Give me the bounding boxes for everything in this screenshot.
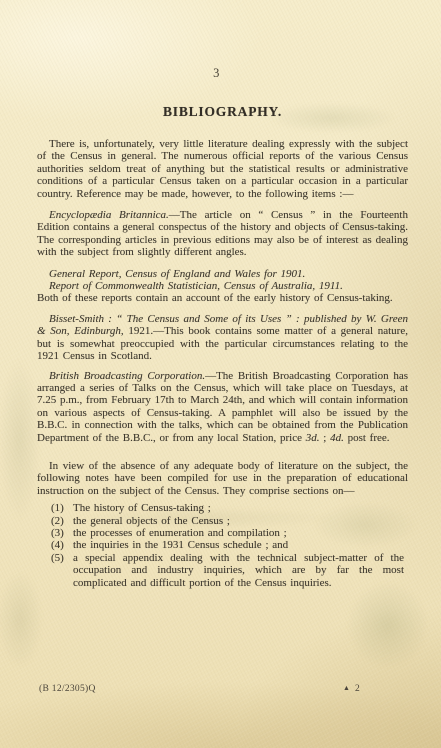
- list-item: (1) The history of Census-taking ;: [51, 502, 408, 514]
- entry-bbc-separator: ;: [320, 432, 331, 444]
- entry-bbc-price-2: 4d.: [330, 432, 344, 444]
- sections-list: (1) The history of Census-taking ; (2) t…: [51, 502, 408, 589]
- list-item-text: the processes of enumeration and compila…: [73, 527, 408, 539]
- entry-official-reports: General Report, Census of England and Wa…: [37, 268, 408, 305]
- page-title: BIBLIOGRAPHY.: [37, 104, 408, 119]
- entry-bisset-smith: Bisset-Smith : “ The Census and Some of …: [37, 313, 408, 363]
- notes-intro-paragraph: In view of the absence of any adequate b…: [37, 460, 408, 497]
- scanned-document-page: 3 BIBLIOGRAPHY. There is, unfortunately,…: [0, 0, 441, 748]
- list-item: (5) a special appendix dealing with the …: [51, 552, 408, 589]
- list-item-text: a special appendix dealing with the tech…: [73, 552, 408, 589]
- page-number: 3: [0, 66, 433, 81]
- entry-britannica: Encyclopædia Britannica.—The article on …: [37, 209, 408, 259]
- entry-bbc: British Broadcasting Corporation.—The Br…: [37, 370, 408, 444]
- text-column: BIBLIOGRAPHY. There is, unfortunately, v…: [37, 104, 408, 589]
- printer-reference-mark: (B 12/2305)Q: [39, 684, 96, 694]
- list-item-marker: (5): [51, 552, 73, 564]
- entry-bbc-title: British Broadcasting Corporation.: [49, 370, 205, 382]
- list-item-text: The history of Census-taking ;: [73, 502, 408, 514]
- entry-bbc-body-2: post free.: [344, 432, 390, 444]
- intro-paragraph: There is, unfortunately, very little lit…: [37, 138, 408, 200]
- page-footer: (B 12/2305)Q ▲2: [0, 684, 441, 700]
- list-item-marker: (1): [51, 502, 73, 514]
- list-item: (3) the processes of enumeration and com…: [51, 527, 408, 539]
- list-item-text: the general objects of the Census ;: [73, 515, 408, 527]
- list-item-text: the inquiries in the 1931 Census schedul…: [73, 539, 408, 551]
- citation-england-wales-1901: General Report, Census of England and Wa…: [37, 268, 408, 280]
- citation-australia-1911: Report of Commonwealth Statistician, Cen…: [37, 280, 408, 292]
- list-item-marker: (4): [51, 539, 73, 551]
- list-item-marker: (2): [51, 515, 73, 527]
- entry-official-reports-note: Both of these reports contain an account…: [37, 292, 408, 304]
- entry-bbc-price-1: 3d.: [306, 432, 320, 444]
- entry-britannica-title: Encyclopædia Britannica.: [49, 209, 169, 221]
- signature-number: 2: [355, 684, 360, 694]
- list-item: (4) the inquiries in the 1931 Census sch…: [51, 539, 408, 551]
- list-item-marker: (3): [51, 527, 73, 539]
- list-item: (2) the general objects of the Census ;: [51, 515, 408, 527]
- signature-mark: ▲2: [343, 684, 360, 694]
- triangle-icon: ▲: [343, 684, 350, 692]
